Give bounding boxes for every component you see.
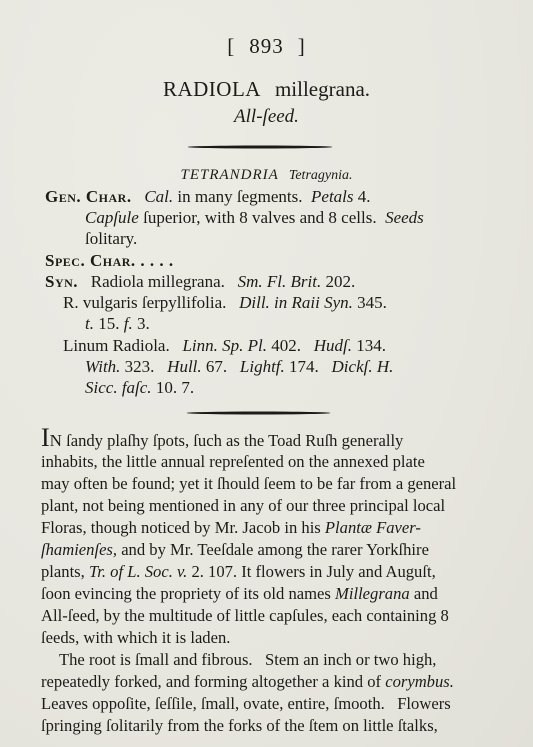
page-number: [893]: [0, 34, 533, 59]
synonym-reference: Lightf.: [240, 357, 285, 376]
book-title: ſhamienſes,: [41, 540, 117, 559]
latin-name: Millegrana: [335, 584, 410, 603]
common-name: All-ſeed.: [0, 106, 533, 128]
paragraph-2-line-4: ſpringing ſolitarily from the forks of t…: [41, 716, 438, 736]
synonym-page: 323.: [120, 357, 154, 376]
paragraph-2-line-1: The root is ſmall and fibrous. Stem an i…: [59, 650, 436, 670]
gen-char-text: 4.: [354, 187, 371, 206]
calyx-term: Cal.: [144, 187, 173, 206]
paragraph-1-line-1: IN ſandy plaſhy ſpots, ſuch as the Toad …: [41, 423, 403, 453]
gen-char-line-2: Capſule ſuperior, with 8 valves and 8 ce…: [85, 208, 424, 228]
paragraph-1-line-9: All-ſeed, by the multitude of little cap…: [41, 606, 449, 626]
synonym-reference: Dill. in Raii Syn.: [239, 293, 353, 312]
body-text: Floras, though noticed by Mr. Jacob in h…: [41, 518, 325, 537]
synonym-line-3: Linum Radiola. Linn. Sp. Pl. 402. Hudſ. …: [63, 336, 386, 356]
classification: TETRANDRIATetragynia.: [0, 167, 533, 184]
capsule-term: Capſule: [85, 208, 139, 227]
figure-number: 3.: [133, 314, 150, 333]
paragraph-1-line-3: may often be found; yet it ſhould ſeem t…: [41, 474, 456, 494]
paragraph-1-line-10: ſeeds, with which it is laden.: [41, 628, 230, 648]
body-text: and by Mr. Teeſdale among the rarer York…: [117, 540, 429, 559]
gen-char-line-1: Gen. Char. Cal. in many ſegments. Petals…: [45, 187, 371, 207]
synonym-page: 67.: [202, 357, 228, 376]
paragraph-1-line-6: ſhamienſes, and by Mr. Teeſdale among th…: [41, 540, 429, 560]
paragraph-2-line-3: Leaves oppoſite, ſeſſile, ſmall, ovate, …: [41, 694, 451, 714]
body-text: repeatedly forked, and forming altogethe…: [41, 672, 385, 691]
figure-abbrev: f.: [124, 314, 133, 333]
synonym-page: 134.: [352, 336, 386, 355]
body-text: plants,: [41, 562, 89, 581]
drop-cap: I: [41, 423, 50, 452]
spec-char-line: Spec. Char. . . . .: [45, 251, 174, 271]
bracket-close: ]: [298, 34, 306, 59]
synonym-page: 10. 7.: [152, 378, 195, 397]
table-number: 15.: [94, 314, 124, 333]
synonym-label: Syn.: [45, 272, 78, 291]
synonym-line-3-cont2: Sicc. faſc. 10. 7.: [85, 378, 194, 398]
paragraph-1-line-2: inhabits, the little annual repreſented …: [41, 452, 425, 472]
synonym-reference: Hudſ.: [314, 336, 352, 355]
synonym-reference: Linn. Sp. Pl.: [182, 336, 267, 355]
body-text: ſoon evincing the propriety of its old n…: [41, 584, 335, 603]
synonym-page: 174.: [285, 357, 319, 376]
section-divider: [187, 412, 330, 414]
spec-char-label: Spec. Char. . . . .: [45, 251, 174, 270]
synonym-name: R. vulgaris ſerpyllifolia.: [63, 293, 226, 312]
synonym-page: 202.: [321, 272, 355, 291]
synonym-line-2: R. vulgaris ſerpyllifolia. Dill. in Raii…: [63, 293, 387, 313]
table-abbrev: t.: [85, 314, 94, 333]
synonym-reference: Hull.: [167, 357, 201, 376]
synonym-page: 345.: [353, 293, 387, 312]
synonym-line-3-cont: With. 323. Hull. 67. Lightf. 174. Dickſ.…: [85, 357, 393, 377]
book-title: Plantæ Faver-: [325, 518, 421, 537]
title-divider: [188, 146, 332, 148]
synonym-name: Linum Radiola.: [63, 336, 170, 355]
paragraph-2-line-2: repeatedly forked, and forming altogethe…: [41, 672, 454, 692]
genus-name: RADIOLA: [163, 77, 261, 101]
bracket-open: [: [227, 34, 235, 59]
synonym-page: 402.: [267, 336, 301, 355]
paragraph-1-line-5: Floras, though noticed by Mr. Jacob in h…: [41, 518, 421, 538]
order-name: Tetragynia.: [289, 168, 353, 183]
journal-reference: Tr. of L. Soc. v.: [89, 562, 187, 581]
gen-char-text: ſuperior, with 8 valves and 8 cells.: [139, 208, 381, 227]
species-title: RADIOLAmillegrana.: [0, 77, 533, 102]
gen-char-text: in many ſegments.: [173, 187, 307, 206]
seeds-term: Seeds: [385, 208, 424, 227]
paragraph-1-line-7: plants, Tr. of L. Soc. v. 2. 107. It flo…: [41, 562, 436, 582]
synonym-name: Radiola millegrana.: [91, 272, 225, 291]
book-page: [893] RADIOLAmillegrana. All-ſeed. TETRA…: [0, 0, 533, 747]
synonym-reference: Dickſ. H.: [332, 357, 394, 376]
synonym-line-2-cont: t. 15. f. 3.: [85, 314, 150, 334]
page-number-value: 893: [249, 34, 284, 58]
species-name: millegrana.: [275, 77, 370, 101]
synonym-line-1: Syn. Radiola millegrana. Sm. Fl. Brit. 2…: [45, 272, 355, 292]
gen-char-label: Gen. Char.: [45, 187, 132, 206]
synonym-reference: Sicc. faſc.: [85, 378, 152, 397]
gen-char-line-3: ſolitary.: [85, 229, 137, 249]
class-name: TETRANDRIA: [181, 167, 279, 183]
body-text: and: [410, 584, 438, 603]
body-text: 2. 107. It flowers in July and Auguſt,: [187, 562, 435, 581]
petals-term: Petals: [311, 187, 354, 206]
synonym-reference: With.: [85, 357, 120, 376]
body-text: ſandy plaſhy ſpots, ſuch as the Toad Ruſ…: [62, 431, 403, 450]
small-cap: N: [50, 431, 62, 450]
synonym-reference: Sm. Fl. Brit.: [238, 272, 322, 291]
paragraph-1-line-4: plant, not being mentioned in any of our…: [41, 496, 445, 516]
latin-term: corymbus.: [385, 672, 454, 691]
paragraph-1-line-8: ſoon evincing the propriety of its old n…: [41, 584, 438, 604]
